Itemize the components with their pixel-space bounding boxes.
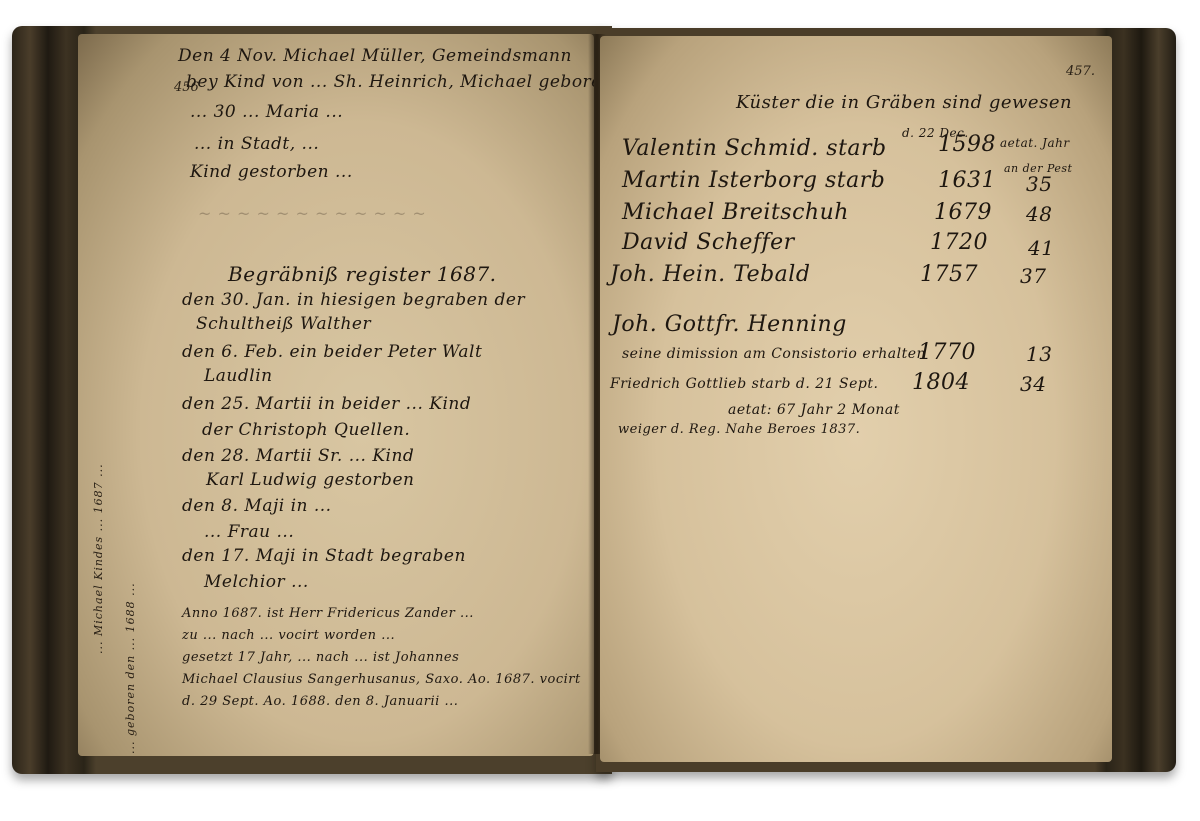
entry-line: den 17. Maji in Stadt begraben	[182, 546, 466, 566]
register-row-year: 1757	[920, 262, 978, 287]
right-page: 457. Küster die in Gräben sind gewesen d…	[600, 36, 1112, 762]
top-line-3: ... 30 ... Maria ...	[190, 102, 343, 122]
bottom-paragraph-line: gesetzt 17 Jahr, ... nach ... ist Johann…	[182, 650, 459, 665]
register-row-year: 1679	[934, 200, 992, 225]
footnote-age: aetat: 67 Jahr 2 Monat	[728, 402, 900, 418]
entry-line: der Christoph Quellen.	[202, 420, 410, 440]
bleed-through-text: ~ ~ ~ ~ ~ ~ ~ ~ ~ ~ ~ ~	[198, 204, 426, 223]
register-row-name: Joh. Hein. Tebald	[610, 262, 810, 287]
bottom-paragraph-line: zu ... nach ... vocirt worden ...	[182, 628, 395, 643]
margin-note-1: ... Michael Kindes ... 1687 ...	[92, 54, 105, 654]
register-row-name: Friedrich Gottlieb starb d. 21 Sept.	[610, 376, 878, 392]
burial-register-heading: Begräbniß register 1687.	[228, 262, 497, 286]
register-row-name: Joh. Gottfr. Henning	[612, 312, 847, 337]
top-line-4: ... in Stadt, ...	[194, 134, 319, 154]
entry-line: den 6. Feb. ein beider Peter Walt	[182, 342, 482, 362]
left-page: 456 ... Michael Kindes ... 1687 ... ... …	[78, 34, 594, 756]
margin-note-2: ... geboren den ... 1688 ...	[124, 74, 137, 754]
register-row-year: 1598	[938, 132, 996, 157]
entry-line: den 28. Martii Sr. ... Kind	[182, 446, 414, 466]
bottom-paragraph-line: Michael Clausius Sangerhusanus, Saxo. Ao…	[182, 672, 581, 687]
entry-line: Karl Ludwig gestorben	[206, 470, 414, 490]
register-row-age: 41	[1028, 236, 1054, 260]
register-row-name: seine dimission am Consistorio erhalten	[622, 346, 926, 362]
open-manuscript-book: 456 ... Michael Kindes ... 1687 ... ... …	[0, 0, 1200, 821]
register-row-year: 1804	[912, 370, 970, 395]
entry-line: Schultheiß Walther	[196, 314, 371, 334]
bottom-paragraph-line: Anno 1687. ist Herr Fridericus Zander ..…	[182, 606, 474, 621]
entry-line: den 30. Jan. in hiesigen begraben der	[182, 290, 525, 310]
register-row-age: 13	[1026, 342, 1052, 366]
entry-line: den 8. Maji in ...	[182, 496, 332, 516]
register-row-note: aetat. Jahr	[1000, 136, 1070, 150]
right-page-heading: Küster die in Gräben sind gewesen	[736, 92, 1072, 113]
entry-line: ... Frau ...	[204, 522, 294, 542]
register-row-name: Michael Breitschuh	[622, 200, 849, 225]
entry-line: Laudlin	[204, 366, 273, 386]
top-line-2: bey Kind von ... Sh. Heinrich, Michael g…	[186, 72, 594, 92]
right-page-number: 457.	[1066, 64, 1095, 79]
register-row-age: 34	[1020, 372, 1046, 396]
register-row-name: David Scheffer	[622, 230, 795, 255]
bottom-paragraph-line: d. 29 Sept. Ao. 1688. den 8. Januarii ..…	[182, 694, 458, 709]
register-row-year: 1631	[938, 168, 996, 193]
register-row-age: 35	[1026, 172, 1052, 196]
register-row-year: 1720	[930, 230, 988, 255]
register-row-name: Valentin Schmid. starb	[622, 136, 887, 161]
register-row-age: 37	[1020, 264, 1046, 288]
register-row-year: 1770	[918, 340, 976, 365]
entry-line: Melchior ...	[204, 572, 309, 592]
top-line-5: Kind gestorben ...	[190, 162, 353, 182]
register-row-name: Martin Isterborg starb	[622, 168, 885, 193]
footnote-remark: weiger d. Reg. Nahe Beroes 1837.	[618, 422, 860, 437]
entry-line: den 25. Martii in beider ... Kind	[182, 394, 471, 414]
top-line-1: Den 4 Nov. Michael Müller, Gemeindsmann	[178, 46, 572, 66]
register-row-age: 48	[1026, 202, 1052, 226]
